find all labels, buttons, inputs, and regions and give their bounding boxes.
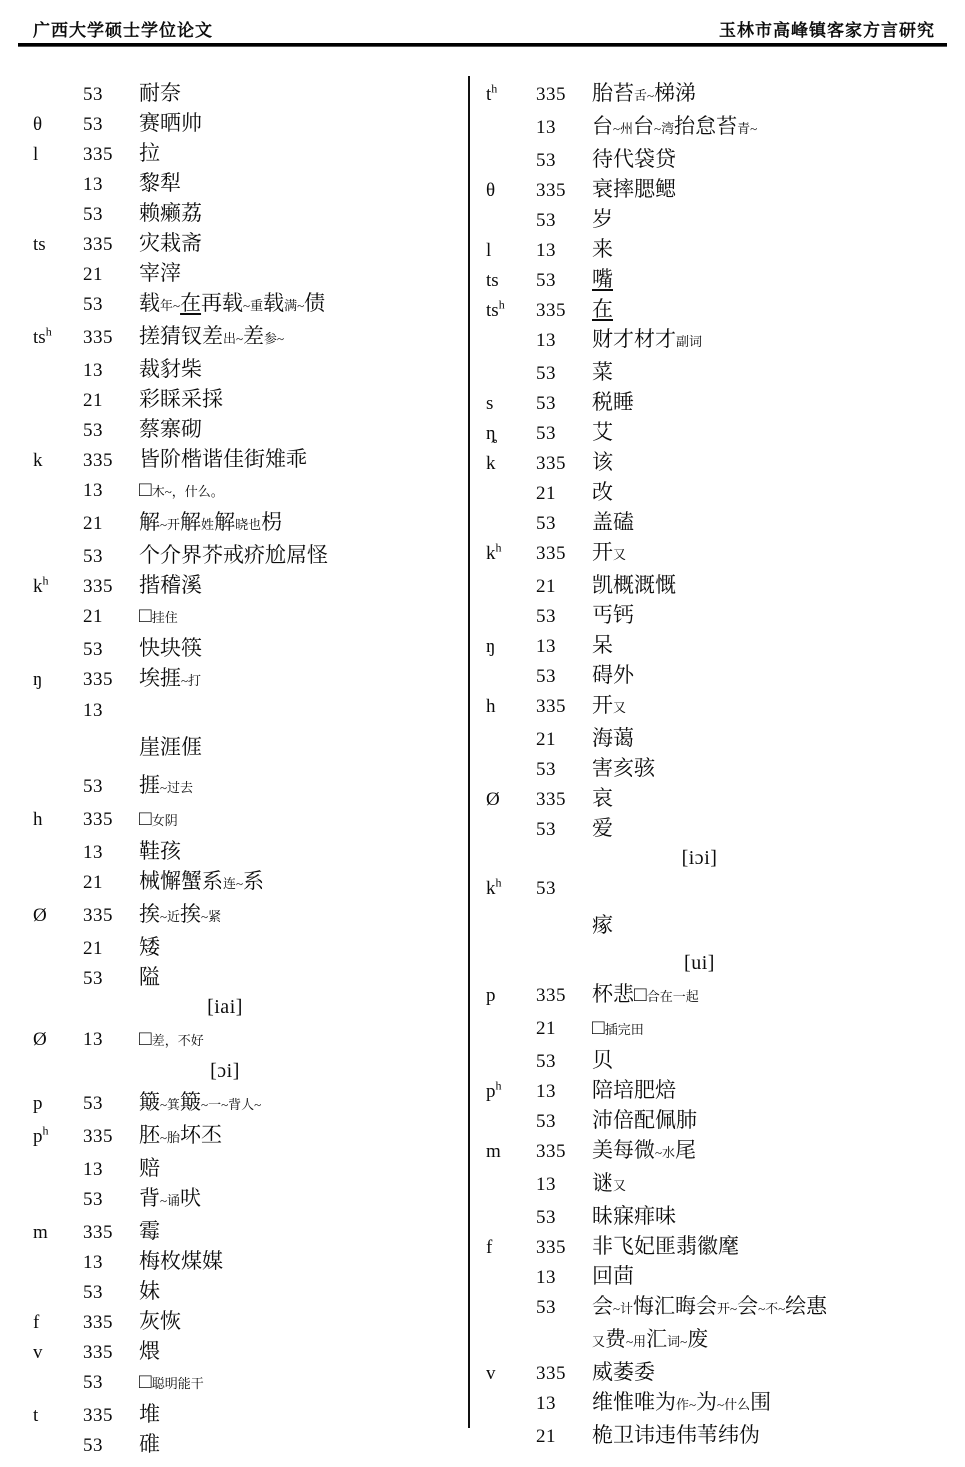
initial-superscript: h xyxy=(496,1079,502,1093)
page-header: 广西大学硕士学位论文 玉林市高峰镇客家方言研究 xyxy=(33,16,935,41)
char-segment: 台 xyxy=(633,114,654,138)
character-list: 该 xyxy=(592,447,965,477)
char-segment: □ xyxy=(139,477,152,501)
char-segment: 来 xyxy=(592,237,613,261)
entry-row: 53□聪明能干 xyxy=(33,1366,469,1399)
char-segment: 为 xyxy=(696,1390,717,1414)
initial-label: m xyxy=(486,1141,536,1163)
char-segment: 美每微 xyxy=(592,1138,655,1162)
tone-number: 53 xyxy=(536,1297,592,1319)
entry-row: 53载年~在再载~重载满~债 xyxy=(33,288,469,321)
char-segment: ~近 xyxy=(160,909,180,924)
tone-number: 13 xyxy=(536,330,592,352)
character-list: 赖癞荔 xyxy=(139,198,469,228)
char-segment: 坏丕 xyxy=(180,1123,222,1147)
entry-row: 21械懈蟹系连~系 xyxy=(33,866,469,899)
character-list: 煨 xyxy=(139,1336,469,1366)
character-list: 鞋孩 xyxy=(139,836,469,866)
char-segment: 债 xyxy=(304,291,325,315)
entry-row: f335灰恢 xyxy=(33,1306,469,1336)
tone-number: 53 xyxy=(83,1093,139,1115)
tone-number: 335 xyxy=(536,1237,592,1259)
tone-number: 53 xyxy=(536,666,592,688)
initial-label: f xyxy=(486,1237,536,1259)
char-segment: 挂住 xyxy=(152,610,178,625)
initial-label: p xyxy=(33,1093,83,1115)
char-segment: 舌~ xyxy=(634,88,654,103)
char-segment: 裁豺柴 xyxy=(139,357,202,381)
entry-row: 13台~州台~湾抬怠苔青~ xyxy=(486,111,965,144)
char-segment: 又 xyxy=(613,1178,626,1193)
entry-row: 53盖磕 xyxy=(486,507,965,537)
initial-label: tsh xyxy=(486,300,536,322)
char-segment: 梅枚煤媒 xyxy=(139,1249,223,1273)
char-segment: 妹 xyxy=(139,1279,160,1303)
char-segment: 簸 xyxy=(139,1090,160,1114)
char-segment: 插完田 xyxy=(605,1022,644,1037)
entry-row: v335威萎委 xyxy=(486,1357,965,1387)
character-list: 搓猜钗差出~差参~ xyxy=(139,321,469,354)
entry-row: ȵ53艾 xyxy=(486,417,965,447)
initial-label: h xyxy=(33,809,83,831)
character-list: 碍外 xyxy=(592,660,965,690)
char-segment: 词~ xyxy=(667,1334,687,1349)
char-segment: 青~ xyxy=(737,121,757,136)
character-list: □差，不好 xyxy=(139,1023,469,1056)
tone-number: 53 xyxy=(83,546,139,568)
char-segment: 堆 xyxy=(139,1402,160,1426)
char-segment: 汇 xyxy=(646,1327,667,1351)
character-list: 隘 xyxy=(139,962,469,992)
entry-row: 53背~诵吠 xyxy=(33,1183,469,1216)
char-segment: 差 xyxy=(243,324,264,348)
char-segment: 聪明能干 xyxy=(152,1376,204,1391)
char-segment: 绘惠 xyxy=(785,1294,827,1318)
entry-row: tsh335在 xyxy=(486,294,965,324)
tone-number: 53 xyxy=(83,1189,139,1211)
tone-number: 335 xyxy=(536,453,592,475)
char-segment: 女阴 xyxy=(152,813,178,828)
char-segment: 尾 xyxy=(675,1138,696,1162)
initial-label: ph xyxy=(486,1081,536,1103)
tone-number: 53 xyxy=(83,776,139,798)
char-segment: 爱 xyxy=(592,816,613,840)
entry-row: 53岁 xyxy=(486,204,965,234)
char-segment: 会 xyxy=(592,1294,613,1318)
entry-row: 13裁豺柴 xyxy=(33,354,469,384)
tone-number: 53 xyxy=(536,819,592,841)
char-segment: 宰滓 xyxy=(139,261,181,285)
entry-row: 53待代袋贷 xyxy=(486,144,965,174)
tone-number: 53 xyxy=(536,759,592,781)
entry-row: ŋ13呆 xyxy=(486,630,965,660)
tone-number: 335 xyxy=(83,1312,139,1334)
entry-row: t335堆 xyxy=(33,1399,469,1429)
character-list: 盖磕 xyxy=(592,507,965,537)
tone-number: 21 xyxy=(83,872,139,894)
entry-row: 53妹 xyxy=(33,1276,469,1306)
tone-number: 53 xyxy=(536,1051,592,1073)
tone-number: 53 xyxy=(536,393,592,415)
entry-row: 21海蔼 xyxy=(486,723,965,753)
header-rule xyxy=(18,43,947,47)
entry-row: 21□挂住 xyxy=(33,600,469,633)
character-list: 回茴 xyxy=(592,1261,965,1291)
entry-row: h335□女阴 xyxy=(33,803,469,836)
tone-number: 53 xyxy=(83,114,139,136)
entry-row: 13维惟唯为作~为~什么围 xyxy=(486,1387,965,1420)
initial-superscript: h xyxy=(496,876,502,890)
char-segment: 维惟唯为 xyxy=(592,1390,676,1414)
character-list: 矮 xyxy=(139,932,469,962)
tone-number: 13 xyxy=(536,117,592,139)
char-segment: ~什么 xyxy=(717,1397,750,1412)
char-segment: 赖癞荔 xyxy=(139,201,202,225)
char-segment: 彩睬采採 xyxy=(139,387,223,411)
char-segment: ~用 xyxy=(626,1334,646,1349)
initial-superscript: h xyxy=(499,298,505,312)
character-list: 彩睬采採 xyxy=(139,384,469,414)
initial-label: θ xyxy=(33,114,83,136)
tone-number: 13 xyxy=(83,1252,139,1274)
char-segment: 快块筷 xyxy=(139,636,202,660)
char-segment: 嘴 xyxy=(592,267,613,291)
entry-row: Ø13□差，不好 xyxy=(33,1023,469,1056)
character-list: 背~诵吠 xyxy=(139,1183,469,1216)
initial-label: s xyxy=(486,393,536,415)
char-segment: 开~ xyxy=(717,1301,737,1316)
char-segment: 载 xyxy=(263,291,284,315)
initial-label: m xyxy=(33,1222,83,1244)
entry-row: 21桅卫讳违伟苇纬伪 xyxy=(486,1420,965,1450)
char-segment: □ xyxy=(139,1026,152,1050)
char-segment: 蔡寨砌 xyxy=(139,417,202,441)
tone-number: 13 xyxy=(83,842,139,864)
char-segment: 杯悲□ xyxy=(592,982,647,1006)
initial-label: k xyxy=(486,453,536,475)
char-segment: 枴 xyxy=(261,510,282,534)
tone-number: 335 xyxy=(536,543,592,565)
tone-number: 335 xyxy=(536,696,592,718)
tone-number: 335 xyxy=(83,905,139,927)
character-list: 揩稽溪 xyxy=(139,570,469,600)
initial-label: kh xyxy=(486,874,536,904)
char-segment: ~一~背人~ xyxy=(201,1097,261,1112)
character-list: 赛晒帅 xyxy=(139,108,469,138)
character-list: 维惟唯为作~为~什么围 xyxy=(592,1387,965,1420)
tone-number: 13 xyxy=(83,480,139,502)
character-list: 蔡寨砌 xyxy=(139,414,469,444)
char-segment: 沛倍配佩肺 xyxy=(592,1108,697,1132)
char-segment: 该 xyxy=(592,450,613,474)
entry-row: p53簸~箕簸~一~背人~ xyxy=(33,1087,469,1120)
entry-row: ts335灾栽斋 xyxy=(33,228,469,258)
character-list: 快块筷 xyxy=(139,633,469,663)
character-list: 埃捱~打 xyxy=(139,663,469,696)
tone-number: 335 xyxy=(83,576,139,598)
dialect-character-table: 53耐奈θ53赛晒帅l335拉13黎犁53赖癞荔ts335灾栽斋21宰滓53载年… xyxy=(0,78,965,1459)
char-segment: □ xyxy=(592,1015,605,1039)
initial-label: ph xyxy=(33,1126,83,1148)
character-list: 待代袋贷 xyxy=(592,144,965,174)
char-segment: 台 xyxy=(592,114,613,138)
initial-label: kh xyxy=(33,576,83,598)
char-segment: ~计 xyxy=(613,1301,633,1316)
tone-number: 53 xyxy=(83,1282,139,1304)
char-segment: 海蔼 xyxy=(592,726,634,750)
tone-number: 13 xyxy=(536,240,592,262)
initial-label: t xyxy=(33,1405,83,1427)
tone-number: 53 xyxy=(536,150,592,172)
character-list: 赔 xyxy=(139,1153,469,1183)
entry-row: h335开又 xyxy=(486,690,965,723)
entry-row: 21宰滓 xyxy=(33,258,469,288)
tone-number: 21 xyxy=(536,1018,592,1040)
entry-row: 21彩睬采採 xyxy=(33,384,469,414)
tone-number: 53 xyxy=(536,874,592,904)
tone-number: 21 xyxy=(83,606,139,628)
char-segment: 年~ xyxy=(160,298,180,313)
character-list: 灰恢 xyxy=(139,1306,469,1336)
char-segment: 黎犁 xyxy=(139,171,181,195)
initial-label: Ø xyxy=(486,789,536,811)
entry-row: 53丐钙 xyxy=(486,600,965,630)
initial-superscript: h xyxy=(496,541,502,555)
character-list: 爱 xyxy=(592,813,965,843)
char-segment: 参~ xyxy=(264,331,284,346)
entry-row: 53菜 xyxy=(486,357,965,387)
char-segment: 背 xyxy=(139,1186,160,1210)
entry-row: 13□木~，什么。 xyxy=(33,474,469,507)
tone-number: 53 xyxy=(83,1372,139,1394)
tone-number: 335 xyxy=(536,300,592,322)
char-segment: 陪培肥焙 xyxy=(592,1078,676,1102)
char-segment: 在 xyxy=(592,297,613,321)
char-segment: 围 xyxy=(750,1390,771,1414)
char-segment: 揩稽溪 xyxy=(139,573,202,597)
char-segment: 非飞妃匪翡徽麾 xyxy=(592,1234,739,1258)
char-segment: 崖涯𠊎 xyxy=(139,735,202,759)
character-list: □木~，什么。 xyxy=(139,474,469,507)
character-list: 桅卫讳违伟苇纬伪 xyxy=(592,1420,965,1450)
char-segment: 埃捱 xyxy=(139,666,181,690)
character-list: □女阴 xyxy=(139,803,469,836)
entry-row: 53会~计悔汇晦会开~会~不~绘惠又费~用汇词~废 xyxy=(486,1291,965,1357)
character-list: 载年~在再载~重载满~债 xyxy=(139,288,469,321)
entry-row: 53耐奈 xyxy=(33,78,469,108)
entry-row: l335拉 xyxy=(33,138,469,168)
initial-superscript: h xyxy=(43,574,49,588)
char-segment: 改 xyxy=(592,480,613,504)
char-segment: 皆阶楷谐佳街雉乖 xyxy=(139,447,307,471)
tone-number: 13 xyxy=(83,1159,139,1181)
char-segment: 昧寐痱味 xyxy=(592,1204,676,1228)
char-segment: 瘃 xyxy=(592,913,613,937)
entry-row: 21凯概溉慨 xyxy=(486,570,965,600)
char-segment: 开 xyxy=(592,693,613,717)
entry-row: Ø335哀 xyxy=(486,783,965,813)
character-list: 沛倍配佩肺 xyxy=(592,1105,965,1135)
tone-number: 53 xyxy=(83,420,139,442)
character-list: 胚~胎坏丕 xyxy=(139,1120,469,1153)
initial-label: k xyxy=(33,450,83,472)
char-segment: 税睡 xyxy=(592,390,634,414)
character-list: 碓 xyxy=(139,1429,469,1459)
entry-row: m335美每微~水尾 xyxy=(486,1135,965,1168)
char-segment: 菜 xyxy=(592,360,613,384)
char-segment: 晓也 xyxy=(235,517,261,532)
entry-row: 53爱 xyxy=(486,813,965,843)
character-list: 财才材才副词 xyxy=(592,324,965,357)
char-segment: ~诵 xyxy=(160,1193,180,1208)
tone-number: 53 xyxy=(536,423,592,445)
char-segment: 碓 xyxy=(139,1432,160,1456)
character-list: 陪培肥焙 xyxy=(592,1075,965,1105)
initial-label: tsh xyxy=(33,327,83,349)
char-segment: □ xyxy=(139,603,152,627)
initial-label: f xyxy=(33,1312,83,1334)
char-segment: 凯概溉慨 xyxy=(592,573,676,597)
entry-row: 53碍外 xyxy=(486,660,965,690)
character-list: 谜又 xyxy=(592,1168,965,1201)
entry-row: kh53瘃 xyxy=(486,874,965,948)
char-segment: 鞋孩 xyxy=(139,839,181,863)
initial-label: ts xyxy=(486,270,536,292)
char-segment: ~过去 xyxy=(160,780,193,795)
character-list: 艾 xyxy=(592,417,965,447)
character-list: 解~开解姓解晓也枴 xyxy=(139,507,469,540)
char-segment: 合在一起 xyxy=(647,989,699,1004)
char-segment: □ xyxy=(139,1369,152,1393)
character-list: 贝 xyxy=(592,1045,965,1075)
char-segment: 解 xyxy=(180,510,201,534)
entry-row: 53害亥骇 xyxy=(486,753,965,783)
entry-row: ts53嘴 xyxy=(486,264,965,294)
char-segment: 又 xyxy=(613,547,626,562)
entry-row: v335煨 xyxy=(33,1336,469,1366)
char-segment: 又 xyxy=(592,1334,605,1349)
entry-row: th335胎苔舌~梯涕 xyxy=(486,78,965,111)
character-list: 菜 xyxy=(592,357,965,387)
entry-row: k335该 xyxy=(486,447,965,477)
char-segment: 抬怠苔 xyxy=(674,114,737,138)
char-segment: 赔 xyxy=(139,1156,160,1180)
initial-label: v xyxy=(33,1342,83,1364)
tone-number: 53 xyxy=(83,204,139,226)
char-segment: 木~，什么。 xyxy=(152,484,224,499)
entry-row: s53税睡 xyxy=(486,387,965,417)
entry-row: 13谜又 xyxy=(486,1168,965,1201)
character-list: 霉 xyxy=(139,1216,469,1246)
char-segment: 又 xyxy=(613,700,626,715)
entry-row: l13来 xyxy=(486,234,965,264)
character-list: 衰摔腮鳃 xyxy=(592,174,965,204)
tone-number: 13 xyxy=(536,1174,592,1196)
char-segment: 丐钙 xyxy=(592,603,634,627)
tone-number: 335 xyxy=(536,180,592,202)
char-segment: 在 xyxy=(180,291,201,315)
tone-number: 53 xyxy=(83,294,139,316)
tone-number: 53 xyxy=(83,84,139,106)
character-list: 簸~箕簸~一~背人~ xyxy=(139,1087,469,1120)
char-segment: 桅卫讳违伟苇纬伪 xyxy=(592,1423,760,1447)
character-list: 裁豺柴 xyxy=(139,354,469,384)
initial-label: ŋ xyxy=(486,636,536,658)
tone-number: 53 xyxy=(536,1207,592,1229)
char-segment: ~紧 xyxy=(201,909,221,924)
entry-row: kh335揩稽溪 xyxy=(33,570,469,600)
tone-number: 13 xyxy=(536,636,592,658)
character-list: 梅枚煤媒 xyxy=(139,1246,469,1276)
tone-number: 13 xyxy=(536,1081,592,1103)
character-list: 嘴 xyxy=(592,264,965,294)
entry-row: 53昧寐痱味 xyxy=(486,1201,965,1231)
initial-label: p xyxy=(486,985,536,1007)
tone-number: 21 xyxy=(83,938,139,960)
initial-label: th xyxy=(486,84,536,106)
initial-superscript: h xyxy=(491,82,497,96)
entry-row: 13崖涯𠊎 xyxy=(33,696,469,770)
character-list: 灾栽斋 xyxy=(139,228,469,258)
entry-row: 53个介界芥戒疥尬屌怪 xyxy=(33,540,469,570)
tone-number: 13 xyxy=(83,174,139,196)
character-list: 呆 xyxy=(592,630,965,660)
tone-number: 53 xyxy=(536,1111,592,1133)
entry-row: θ53赛晒帅 xyxy=(33,108,469,138)
entry-row: 53蔡寨砌 xyxy=(33,414,469,444)
char-segment: 灰恢 xyxy=(139,1309,181,1333)
char-segment: 满~ xyxy=(284,298,304,313)
char-segment: 解 xyxy=(139,510,160,534)
character-list: □挂住 xyxy=(139,600,469,633)
char-segment: ~水 xyxy=(655,1145,675,1160)
entry-row: 53贝 xyxy=(486,1045,965,1075)
initial-label: v xyxy=(486,1363,536,1385)
char-segment: 盖磕 xyxy=(592,510,634,534)
entry-row: 53沛倍配佩肺 xyxy=(486,1105,965,1135)
char-segment: 开 xyxy=(592,540,613,564)
character-list: 胎苔舌~梯涕 xyxy=(592,78,965,111)
initial-superscript: h xyxy=(46,325,52,339)
tone-number: 335 xyxy=(83,1405,139,1427)
entry-row: θ335衰摔腮鳃 xyxy=(486,174,965,204)
initial-label: θ xyxy=(486,180,536,202)
tone-number: 335 xyxy=(536,1141,592,1163)
entry-row: p335杯悲□合在一起 xyxy=(486,979,965,1012)
char-segment: 副词 xyxy=(676,334,702,349)
tone-number: 335 xyxy=(536,985,592,1007)
char-segment: 威萎委 xyxy=(592,1360,655,1384)
entry-row: tsh335搓猜钗差出~差参~ xyxy=(33,321,469,354)
char-segment: 碍外 xyxy=(592,663,634,687)
tone-number: 13 xyxy=(536,1267,592,1289)
character-list: 丐钙 xyxy=(592,600,965,630)
character-list: 瘃 xyxy=(592,910,965,940)
tone-number: 53 xyxy=(536,513,592,535)
tone-number: 335 xyxy=(536,1363,592,1385)
character-list: 害亥骇 xyxy=(592,753,965,783)
char-segment: 艾 xyxy=(592,420,613,444)
tone-number: 335 xyxy=(83,1342,139,1364)
entry-row: 53捱~过去 xyxy=(33,770,469,803)
tone-number: 13 xyxy=(83,696,139,726)
char-segment: ~开 xyxy=(160,517,180,532)
char-segment: 财才材才 xyxy=(592,327,676,351)
char-segment: 耐奈 xyxy=(139,81,181,105)
char-segment: 矮 xyxy=(139,935,160,959)
char-segment: 解 xyxy=(214,510,235,534)
char-segment: 悔汇晦会 xyxy=(633,1294,717,1318)
